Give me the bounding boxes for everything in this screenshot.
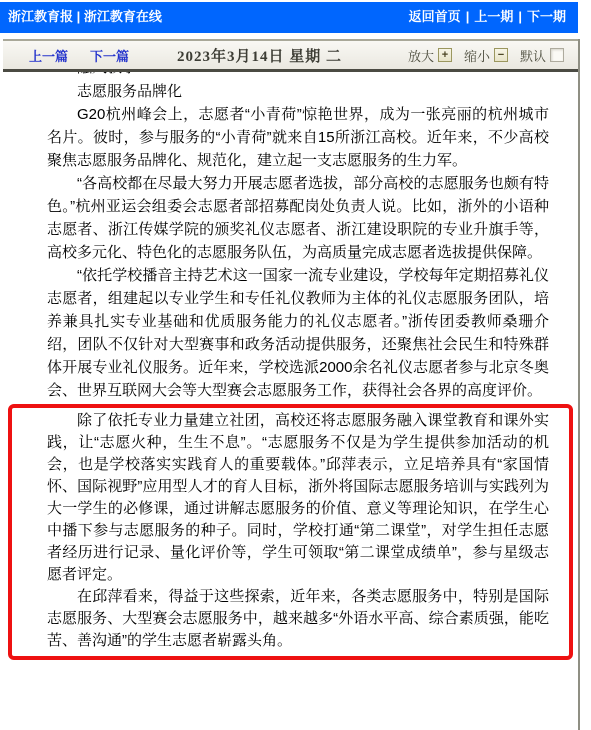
article-page: 浙江教育报 | 浙江教育在线 返回首页|上一期|下一期 上一篇 下一篇 2023… (0, 0, 591, 730)
highlighted-paragraph: 除了依托专业力量建立社团，高校还将志愿服务融入课堂教育和课外实践，让“志愿火种，… (47, 410, 549, 586)
masthead-links: 返回首页|上一期|下一期 (409, 6, 566, 33)
site-title-link[interactable]: 浙江教育报 | 浙江教育在线 (8, 6, 162, 33)
article-paragraph: G20杭州峰会上，志愿者“小青荷”惊艳世界，成为一张亮丽的杭州城市名片。彼时，参… (47, 103, 549, 172)
article-toolbar: 上一篇 下一篇 2023年3月14日 星期 二 放大 + 缩小 − 默认 (3, 39, 578, 72)
zoom-controls: 放大 + 缩小 − 默认 (400, 46, 564, 65)
default-checkbox[interactable] (550, 48, 564, 62)
previous-issue-link[interactable]: 上一期 (474, 9, 513, 24)
zoom-in-label: 放大 (408, 46, 434, 65)
issue-date: 2023年3月14日 星期 二 (177, 45, 342, 66)
clipped-text: 融入教学 (47, 72, 549, 79)
next-article-link[interactable]: 下一篇 (90, 46, 129, 65)
masthead-bar: 浙江教育报 | 浙江教育在线 返回首页|上一期|下一期 (0, 2, 578, 33)
plus-icon[interactable]: + (438, 48, 452, 62)
section-heading: 志愿服务品牌化 (47, 80, 549, 103)
home-link[interactable]: 返回首页 (409, 9, 461, 24)
minus-icon[interactable]: − (494, 48, 508, 62)
article-body: 融入教学 志愿服务品牌化 G20杭州峰会上，志愿者“小青荷”惊艳世界，成为一张亮… (4, 72, 578, 660)
highlighted-paragraph: 在邱萍看来，得益于这些探索，近年来，各类志愿服务中，特别是国际志愿服务、大型赛会… (47, 586, 549, 652)
zoom-out-label: 缩小 (464, 46, 490, 65)
article-paragraph: “依托学校播音主持艺术这一国家一流专业建设，学校每年定期招募礼仪志愿者，组建起以… (47, 264, 549, 402)
clipped-text-line: 融入教学 (47, 72, 549, 80)
highlight-box: 除了依托专业力量建立社团，高校还将志愿服务融入课堂教育和课外实践，让“志愿火种，… (8, 404, 573, 660)
article-paragraph: “各高校都在尽最大努力开展志愿者选拔，部分高校的志愿服务也颇有特色。”杭州亚运会… (47, 172, 549, 264)
link-separator: | (466, 9, 470, 24)
previous-article-link[interactable]: 上一篇 (29, 46, 68, 65)
default-size-label: 默认 (520, 46, 546, 65)
page-edge-divider (578, 39, 580, 730)
link-separator: | (518, 9, 522, 24)
next-issue-link[interactable]: 下一期 (527, 9, 566, 24)
